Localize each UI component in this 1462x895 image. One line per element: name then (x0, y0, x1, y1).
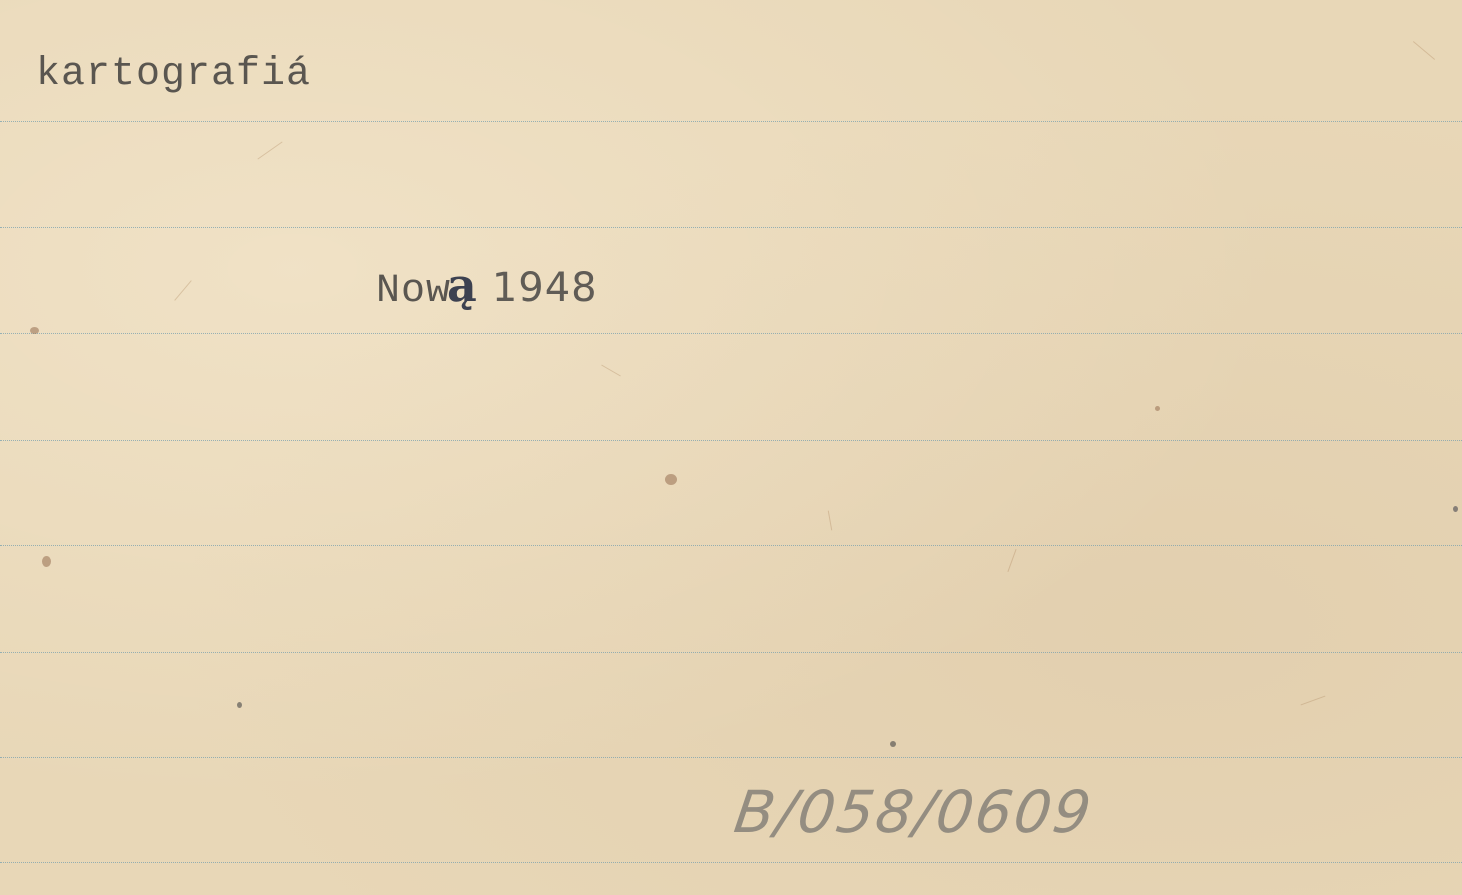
paper-fiber (257, 141, 282, 159)
paper-speck (665, 474, 677, 485)
catalog-number: B/058/0609 (730, 778, 1097, 846)
paper-speck (42, 556, 51, 567)
paper-fiber (601, 365, 621, 377)
ruled-line (0, 652, 1462, 653)
paper-speck (1155, 406, 1160, 411)
ruled-line (0, 757, 1462, 758)
handwritten-correction: ą (447, 258, 478, 312)
ruled-line (0, 862, 1462, 863)
paper-speck (890, 741, 896, 747)
author-entry: Nową1948 (376, 258, 598, 314)
ruled-line (0, 440, 1462, 441)
paper-fiber (1413, 41, 1435, 60)
subject-heading: kartografiá (36, 52, 311, 97)
paper-fiber (1301, 696, 1326, 706)
ruled-line (0, 121, 1462, 122)
author-name-typed: Now (376, 269, 451, 314)
ruled-line (0, 227, 1462, 228)
catalog-card: kartografiá Nową1948 B/058/0609 (0, 0, 1462, 895)
entry-year: 1948 (492, 265, 598, 311)
ruled-line (0, 333, 1462, 334)
paper-fiber (174, 280, 191, 301)
paper-speck (30, 327, 39, 334)
paper-fiber (828, 511, 832, 531)
paper-speck (237, 702, 242, 708)
paper-fiber (1007, 549, 1016, 572)
paper-speck (1453, 506, 1458, 512)
ruled-line (0, 545, 1462, 546)
